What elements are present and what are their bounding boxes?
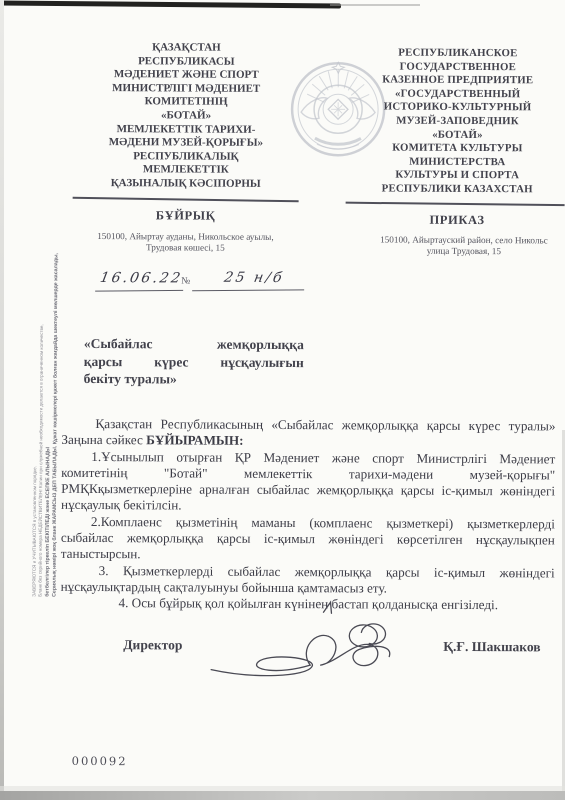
microtext-line: Сериялық нөмірі жоқ бланк ЖАРАМСЫЗ ДЕП Т… <box>51 189 60 597</box>
letterhead-line: КОМИТЕТІНІҢ <box>71 95 301 110</box>
number-underline <box>192 289 304 291</box>
intro-text: Қазақстан Республикасының «Сыбайлас жемқ… <box>61 416 555 448</box>
address-russian: 150100, Айыртауский район, село Никольс … <box>362 234 565 257</box>
letterhead-line: «БОТАЙ» <box>351 128 564 143</box>
number-sign: № <box>181 276 190 286</box>
document-content: ҚАЗАҚСТАН РЕСПУБЛИКАСЫ МӘДЕНИЕТ ЖӘНЕ СПО… <box>0 0 565 800</box>
signature-icon <box>203 598 403 691</box>
address-line: улица Трудовая, 15 <box>362 245 565 257</box>
letterhead-line: ГОСУДАРСТВЕННОЕ <box>351 60 564 75</box>
letterhead-kazakh: ҚАЗАҚСТАН РЕСПУБЛИКАСЫ МӘДЕНИЕТ ЖӘНЕ СПО… <box>71 41 302 192</box>
order-item-3: 3. Қызметкерлерді сыбайлас жемқорлыққа қ… <box>61 563 555 598</box>
order-item-2: 2.Комплаенс қызметінің маманы (комплаенс… <box>61 514 555 565</box>
letterhead-line: КОМИТЕТА КУЛЬТУРЫ <box>351 142 564 157</box>
letterhead-line: ИСТОРИКО-КУЛЬТУРНЫЙ <box>351 101 564 116</box>
scanner-edge-bottom <box>0 791 565 800</box>
letterhead-line: МЕМЛЕКЕТТІК ТАРИХИ- <box>71 122 301 137</box>
address-line: 150100, Айыртауский район, село Никольс <box>362 234 565 246</box>
form-serial-number: 000092 <box>72 754 128 768</box>
letterhead-line: «ГОСУДАРСТВЕННЫЙ <box>351 87 564 102</box>
divider-right <box>346 202 565 206</box>
order-body: Қазақстан Республикасының «Сыбайлас жемқ… <box>60 416 555 614</box>
letterhead-line: МЕМЛЕКЕТТІК <box>71 163 301 178</box>
address-kazakh: 150100, Айыртау ауданы, Никольское ауылы… <box>70 231 300 254</box>
letterhead-line: РЕСПУБЛИКАЛЫҚ <box>71 150 301 165</box>
order-word-russian: ПРИКАЗ <box>350 212 563 228</box>
title-line: «Сыбайлас жемқорлыққа <box>84 335 304 354</box>
handwritten-order-number: 25 н/б <box>223 270 286 286</box>
order-word-kazakh: БҰЙРЫҚ <box>71 208 301 224</box>
letterhead-line: МУЗЕЙ-ЗАПОВЕДНИК <box>351 114 564 129</box>
letterhead-line: МӘДЕНИЕТ ЖӘНЕ СПОРТ <box>71 68 301 83</box>
address-line: 150100, Айыртау ауданы, Никольское ауылы… <box>70 231 300 243</box>
signer-role: Директор <box>123 637 182 653</box>
security-microtext: ЗАВЕРЯЮТСЯ и УЧИТЫВАЮТСЯ в установленном… <box>32 189 61 597</box>
intro-bold: БҰЙЫРАМЫН: <box>146 433 243 449</box>
address-line: Трудовая көшесі, 15 <box>70 242 300 254</box>
intro-paragraph: Қазақстан Республикасының «Сыбайлас жемқ… <box>61 416 555 451</box>
title-line: бекіту туралы» <box>84 370 304 389</box>
scanned-document-page: ҚАЗАҚСТАН РЕСПУБЛИКАСЫ МӘДЕНИЕТ ЖӘНЕ СПО… <box>0 0 565 800</box>
letterhead-line: РЕСПУБЛИКАНСКОЕ <box>351 46 564 61</box>
handwritten-date: 16.06.22 <box>99 270 184 286</box>
letterhead-line: РЕСПУБЛИКИ КАЗАХСТАН <box>351 182 564 197</box>
order-item-1: 1.Ұсынылып отырған ҚР Мәдениет және спор… <box>61 448 555 516</box>
title-line: қарсы күрес нұсқаулығын <box>84 353 304 372</box>
letterhead-line: ҚАЗЫНАЛЫҚ КӘСІПОРНЫ <box>71 177 301 192</box>
letterhead-line: КУЛЬТУРЫ И СПОРТА <box>351 169 564 184</box>
letterhead-russian: РЕСПУБЛИКАНСКОЕ ГОСУДАРСТВЕННОЕ КАЗЕННОЕ… <box>351 46 565 197</box>
date-underline <box>95 290 183 292</box>
letterhead-line: ҚАЗАҚСТАН <box>71 41 301 56</box>
letterhead-line: МИНИСТЕРСТВА <box>351 155 564 170</box>
letterhead-line: РЕСПУБЛИКАСЫ <box>71 54 301 69</box>
letterhead-line: «БОТАЙ» <box>71 109 301 124</box>
divider-left <box>73 197 299 203</box>
signer-name: Қ.Ғ. Шакшаков <box>443 639 540 656</box>
letterhead-line: МИНИСТРЛІГІ МӘДЕНИЕТ <box>71 82 301 97</box>
letterhead-line: КАЗЕННОЕ ПРЕДПРИЯТИЕ <box>351 74 564 89</box>
document-title: «Сыбайлас жемқорлыққа қарсы күрес нұсқау… <box>84 335 304 389</box>
letterhead-line: МӘДЕНИ МУЗЕЙ-ҚОРЫҒЫ» <box>71 136 301 151</box>
